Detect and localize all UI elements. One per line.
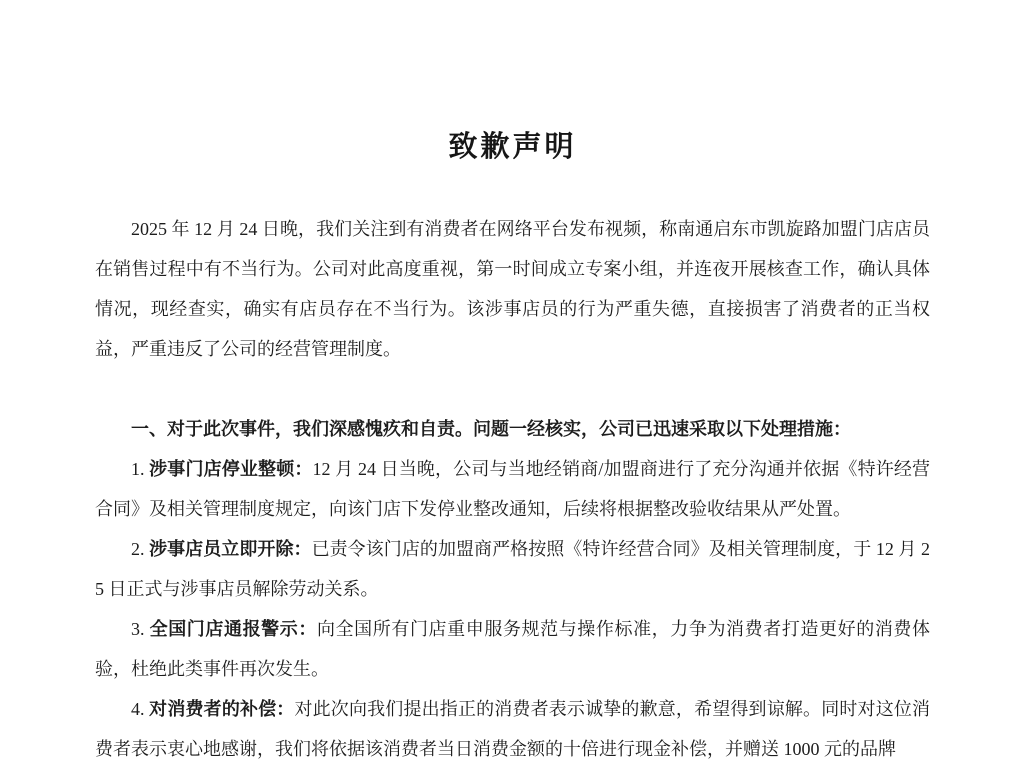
measure-2-number: 2.: [131, 539, 149, 559]
paragraph-spacer: [95, 369, 930, 409]
measure-item-3: 3. 全国门店通报警示：向全国所有门店重申服务规范与操作标准，力争为消费者打造更…: [95, 609, 930, 689]
measure-2-label: 涉事店员立即开除：: [149, 539, 312, 559]
measure-4-label: 对消费者的补偿：: [149, 699, 294, 719]
intro-paragraph: 2025 年 12 月 24 日晚，我们关注到有消费者在网络平台发布视频，称南通…: [95, 209, 930, 369]
measure-item-4: 4. 对消费者的补偿：对此次向我们提出指正的消费者表示诚挚的歉意，希望得到谅解。…: [95, 689, 930, 768]
document-title: 致歉声明: [95, 124, 930, 165]
measure-item-1: 1. 涉事门店停业整顿：12 月 24 日当晚，公司与当地经销商/加盟商进行了充…: [95, 449, 930, 529]
measure-item-2: 2. 涉事店员立即开除：已责令该门店的加盟商严格按照《特许经营合同》及相关管理制…: [95, 529, 930, 609]
section-heading: 一、对于此次事件，我们深感愧疚和自责。问题一经核实，公司已迅速采取以下处理措施：: [95, 409, 930, 449]
document-page: 致歉声明 2025 年 12 月 24 日晚，我们关注到有消费者在网络平台发布视…: [0, 0, 1024, 768]
measure-4-number: 4.: [131, 699, 149, 719]
measure-1-label: 涉事门店停业整顿：: [149, 459, 312, 479]
measure-3-number: 3.: [131, 619, 150, 639]
measure-3-label: 全国门店通报警示：: [150, 619, 317, 639]
measure-1-number: 1.: [131, 459, 149, 479]
